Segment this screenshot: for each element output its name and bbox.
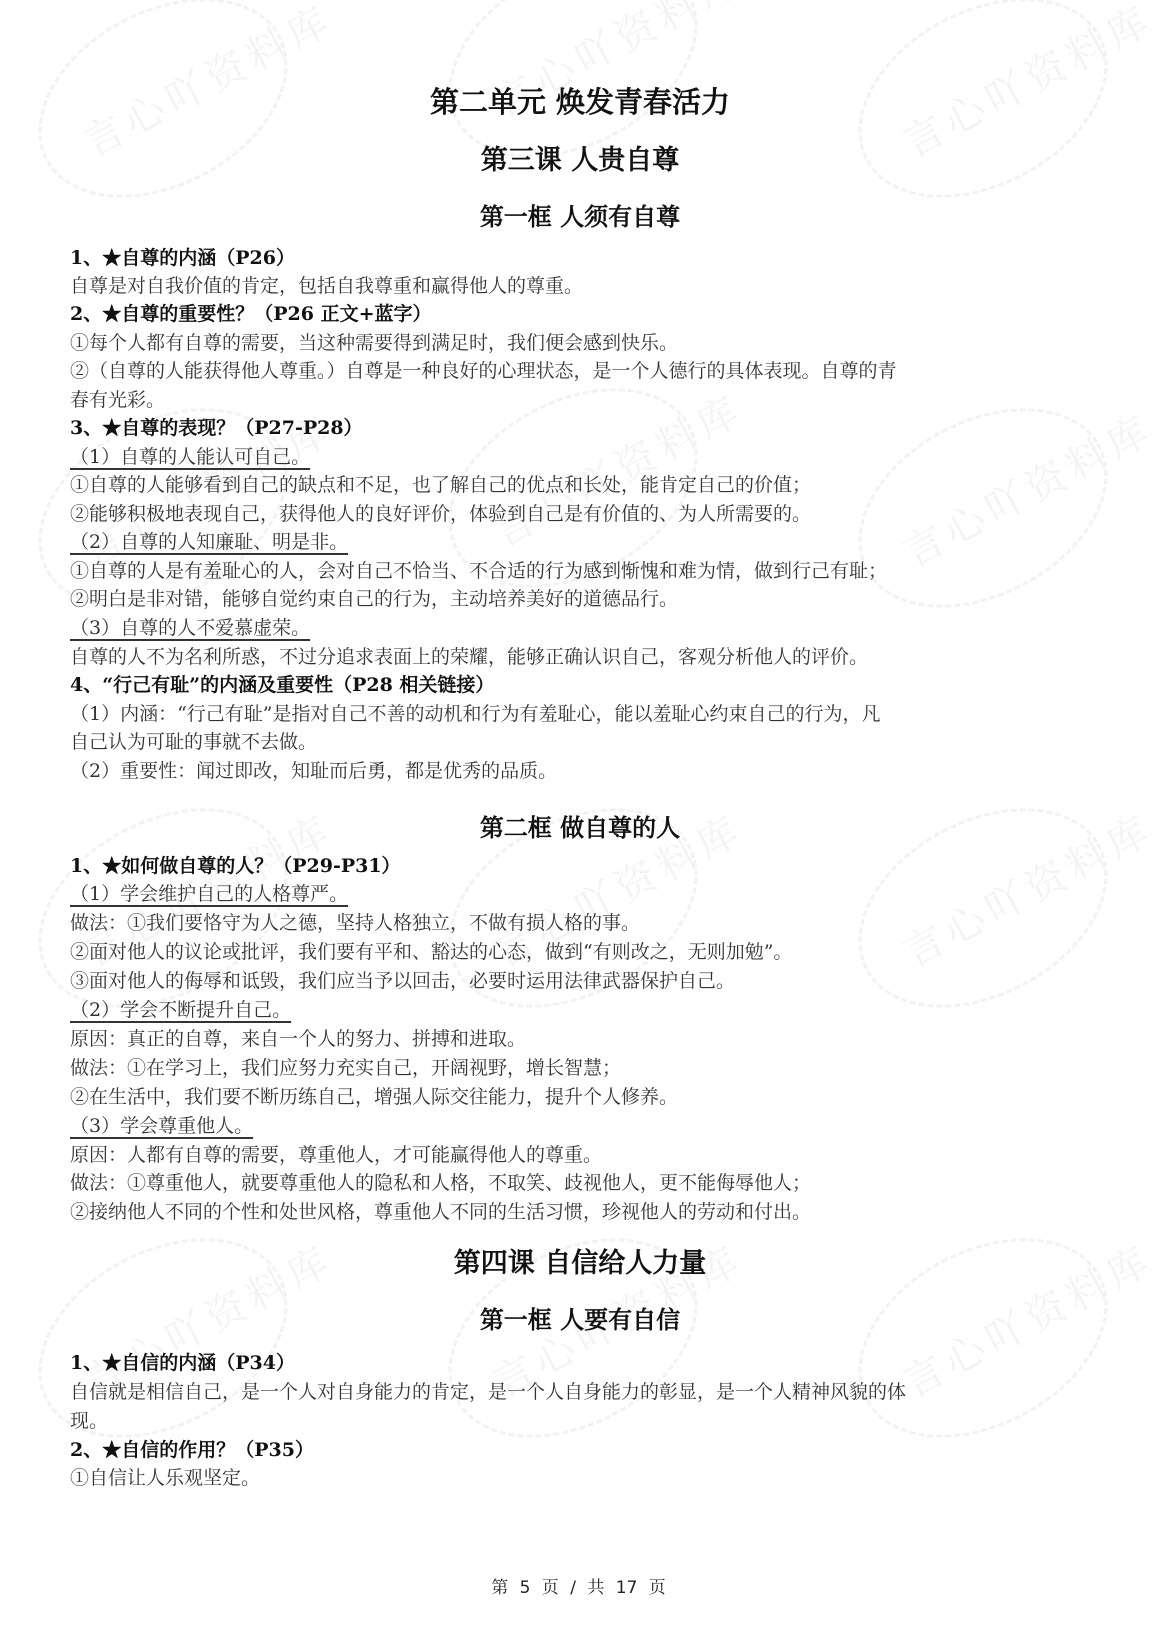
unit-title: 第二单元 焕发青春活力 [70, 80, 1090, 121]
subheading-underlined: （2）学会不断提升自己。 [70, 996, 291, 1024]
question-heading: 1、★自信的内涵（P34） [70, 1349, 295, 1377]
body-text: ②面对他人的议论或批评，我们要有平和、豁达的心态，做到“有则改之，无则加勉”。 [70, 938, 792, 966]
body-text: ②能够积极地表现自己，获得他人的良好评价，体验到自己是有价值的、为人所需要的。 [70, 500, 811, 528]
body-text: ①自尊的人是有羞耻心的人，会对自己不恰当、不合适的行为感到惭愧和难为情，做到行己… [70, 557, 887, 585]
body-text: 原因：真正的自尊，来自一个人的努力、拼搏和进取。 [70, 1025, 526, 1053]
subheading-underlined: （2）自尊的人知廉耻、明是非。 [70, 528, 348, 556]
subheading-underlined: （3）自尊的人不爱慕虚荣。 [70, 614, 310, 642]
body-text: （1）内涵：“行己有耻”是指对自己不善的动机和行为有羞耻心，能以羞耻心约束自己的… [70, 700, 881, 728]
watermark-stamp: 言心吖资料库 [414, 1198, 731, 1478]
body-text: ①自信让人乐观坚定。 [70, 1464, 260, 1492]
question-heading: 1、★自尊的内涵（P26） [70, 244, 295, 272]
subheading-underlined: （3）学会尊重他人。 [70, 1112, 253, 1140]
subheading-underlined: （1）自尊的人能认可自己。 [70, 443, 310, 471]
body-text: 自尊的人不为名利所惑，不过分追求表面上的荣耀，能够正确认识自己，客观分析他人的评… [70, 643, 868, 671]
body-text: 做法：①尊重他人，就要尊重他人的隐私和人格，不取笑、歧视他人，更不能侮辱他人； [70, 1169, 811, 1197]
body-text: 做法：①我们要恪守为人之德，坚持人格独立，不做有损人格的事。 [70, 909, 640, 937]
body-text: ①自尊的人能够看到自己的缺点和不足，也了解自己的优点和长处，能肯定自己的价值； [70, 471, 811, 499]
frame-title: 第一框 人要有自信 [70, 1300, 1090, 1335]
body-text: ②在生活中，我们要不断历练自己，增强人际交往能力，提升个人修养。 [70, 1083, 678, 1111]
body-text: 现。 [70, 1407, 108, 1435]
frame-title: 第一框 人须有自尊 [70, 197, 1090, 232]
body-text: ②（自尊的人能获得他人尊重。）自尊是一种良好的心理状态，是一个人德行的具体表现。… [70, 357, 897, 385]
frame-title: 第二框 做自尊的人 [70, 808, 1090, 843]
body-text: 原因：人都有自尊的需要，尊重他人，才可能赢得他人的尊重。 [70, 1141, 602, 1169]
body-text: 春有光彩。 [70, 386, 165, 414]
body-text: ②接纳他人不同的个性和处世风格，尊重他人不同的生活习惯，珍视他人的劳动和付出。 [70, 1198, 811, 1226]
question-heading: 2、★自信的作用？（P35） [70, 1436, 314, 1464]
question-heading: 1、★如何做自尊的人？（P29-P31） [70, 852, 401, 880]
body-text: ①每个人都有自尊的需要，当这种需要得到满足时，我们便会感到快乐。 [70, 329, 678, 357]
question-heading: 3、★自尊的表现？（P27-P28） [70, 414, 363, 442]
body-text: 做法：①在学习上，我们应努力充实自己，开阔视野，增长智慧； [70, 1054, 621, 1082]
lesson-title: 第四课 自信给人力量 [70, 1241, 1090, 1280]
body-text: 自己认为可耻的事就不去做。 [70, 728, 317, 756]
body-text: ③面对他人的侮辱和诋毁，我们应当予以回击，必要时运用法律武器保护自己。 [70, 967, 735, 995]
watermark-stamp: 言心吖资料库 [824, 1198, 1141, 1478]
body-text: （2）重要性：闻过即改，知耻而后勇，都是优秀的品质。 [70, 757, 557, 785]
lesson-title: 第三课 人贵自尊 [70, 138, 1090, 177]
body-text: 自尊是对自我价值的肯定，包括自我尊重和赢得他人的尊重。 [70, 272, 583, 300]
question-heading: 4、“行己有耻”的内涵及重要性（P28 相关链接） [70, 671, 494, 699]
question-heading: 2、★自尊的重要性？（P26 正文+蓝字） [70, 300, 431, 328]
subheading-underlined: （1）学会维护自己的人格尊严。 [70, 880, 348, 908]
body-text: ②明白是非对错，能够自觉约束自己的行为，主动培养美好的道德品行。 [70, 585, 678, 613]
page-number-footer: 第 5 页 / 共 17 页 [0, 1573, 1157, 1598]
watermark-stamp: 言心吖资料库 [824, 368, 1141, 648]
body-text: 自信就是相信自己，是一个人对自身能力的肯定，是一个人自身能力的彰显，是一个人精神… [70, 1378, 906, 1406]
